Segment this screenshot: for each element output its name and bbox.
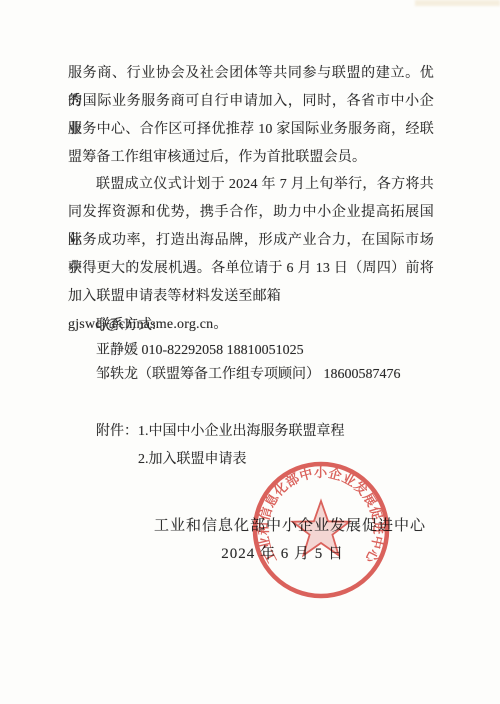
paragraph-line: 业务成功率，打造出海品牌，形成产业合力，在国际市场中 (68, 227, 434, 255)
contact-line: 邹轶龙（联盟筹备工作组专项顾问） 18600587476 (96, 363, 436, 388)
body-paragraph-2: 联盟成立仪式计划于 2024 年 7 月上旬举行，各方将共同发挥资源和优势，携手… (68, 171, 434, 311)
contact-section: 联系方式:亚静媛 010-82292058 18810051025邹轶龙（联盟筹… (96, 314, 436, 388)
scanned-document-page: 服务商、行业协会及社会团体等共同参与联盟的建立。优秀的国际业务服务商可自行申请加… (0, 0, 500, 704)
contact-line: 亚静媛 010-82292058 18810051025 (96, 339, 436, 364)
attachment-item-1: 1.中国中小企业出海服务联盟章程 (138, 424, 345, 439)
paragraph-line: 联盟成立仪式计划于 2024 年 7 月上旬举行，各方将共 (68, 171, 434, 199)
scan-edge-artifact (415, 0, 500, 6)
official-red-seal: 工业和信息化部中小企业发展促进中心 (246, 455, 396, 605)
body-paragraph-1: 服务商、行业协会及社会团体等共同参与联盟的建立。优秀的国际业务服务商可自行申请加… (68, 60, 434, 172)
attachments-label: 附件： (96, 424, 138, 439)
paragraph-line: 服务中心、合作区可择优推荐 10 家国际业务服务商，经联 (68, 116, 434, 144)
paragraph-line: 服务商、行业协会及社会团体等共同参与联盟的建立。优秀 (68, 60, 434, 88)
paragraph-line: 加入联盟申请表等材料发送至邮箱 gjswcj@chinasme.org.cn。 (68, 283, 434, 311)
paragraph-line: 获得更大的发展机遇。各单位请于 6 月 13 日（周四）前将 (68, 255, 434, 283)
contact-line: 联系方式: (96, 314, 436, 339)
seal-star-icon (293, 501, 350, 555)
paragraph-line: 的国际业务服务商可自行申请加入，同时，各省市中小企业 (68, 88, 434, 116)
paragraph-line: 同发挥资源和优势，携手合作，助力中小企业提高拓展国际 (68, 199, 434, 227)
attachment-line: 附件：1.中国中小企业出海服务联盟章程 (96, 418, 436, 446)
paragraph-line: 盟筹备工作组审核通过后，作为首批联盟会员。 (68, 144, 434, 172)
